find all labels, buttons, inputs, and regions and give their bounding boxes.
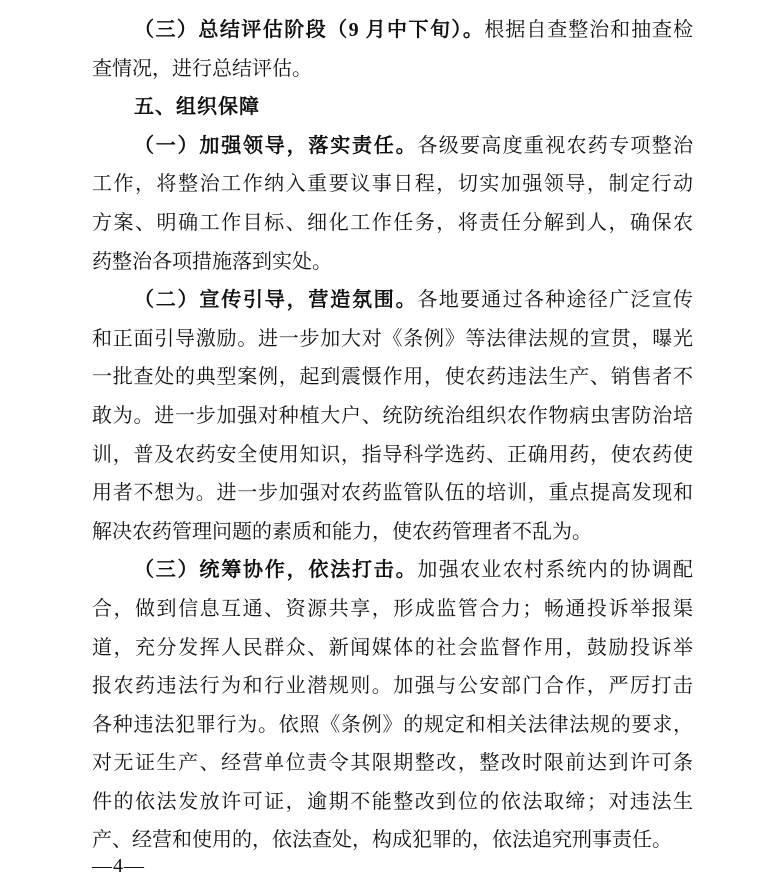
text-run: 药整治各项措施落到实处。 — [92, 251, 332, 273]
text-line: 报农药违法行为和行业潜规则。加强与公安部门合作，严厉打击 — [92, 667, 693, 706]
text-run: 对无证生产、经营单位责令其限期整改，整改时限前达到许可条 — [92, 752, 693, 774]
text-run: 合，做到信息互通、资源共享，形成监管合力；畅通投诉举报渠 — [92, 598, 693, 620]
text-line: 查情况，进行总结评估。 — [92, 50, 693, 89]
text-run: 解决农药管理问题的素质和能力，使农药管理者不乱为。 — [92, 521, 592, 543]
text-line: 敢为。进一步加强对种植大户、统防统治组织农作物病虫害防治培 — [92, 397, 693, 436]
text-line: 用者不想为。进一步加强对农药监管队伍的培训，重点提高发现和 — [92, 474, 693, 513]
text-run: 敢为。进一步加强对种植大户、统防统治组织农作物病虫害防治培 — [92, 405, 693, 427]
text-line: 药整治各项措施落到实处。 — [92, 243, 693, 282]
text-run: 各种违法犯罪行为。依照《条例》的规定和相关法律法规的要求， — [92, 714, 693, 736]
text-run: 件的依法发放许可证，逾期不能整改到位的依法取缔；对违法生 — [92, 791, 693, 813]
text-line: （三）统筹协作，依法打击。加强农业农村系统内的协调配 — [92, 551, 693, 590]
document-body: （三）总结评估阶段（9 月中下旬）。根据自查整治和抽查检查情况，进行总结评估。五… — [92, 11, 693, 860]
text-line: 解决农药管理问题的素质和能力，使农药管理者不乱为。 — [92, 513, 693, 552]
text-line: 方案、明确工作目标、细化工作任务，将责任分解到人，确保农 — [92, 204, 693, 243]
text-line: 和正面引导激励。进一步加大对《条例》等法律法规的宣贯，曝光 — [92, 320, 693, 359]
text-line: （二）宣传引导，营造氛围。各地要通过各种途径广泛宣传 — [92, 281, 693, 320]
text-run: 各级要高度重视农药专项整治 — [417, 135, 693, 157]
text-line: 工作，将整治工作纳入重要议事日程，切实加强领导，制定行动 — [92, 165, 693, 204]
text-run: 报农药违法行为和行业潜规则。加强与公安部门合作，严厉打击 — [92, 675, 693, 697]
heading-run: （三）总结评估阶段（9 月中下旬）。 — [134, 19, 484, 41]
text-run: 一批查处的典型案例，起到震慑作用，使农药违法生产、销售者不 — [92, 366, 693, 388]
page-number: —4— — [92, 855, 145, 878]
text-run: 各地要通过各种途径广泛宣传 — [417, 289, 693, 311]
text-line: 产、经营和使用的，依法查处，构成犯罪的，依法追究刑事责任。 — [92, 821, 693, 860]
text-run: 道，充分发挥人民群众、新闻媒体的社会监督作用，鼓励投诉举 — [92, 637, 693, 659]
text-line: 训，普及农药安全使用知识，指导科学选药、正确用药，使农药使 — [92, 436, 693, 475]
text-run: 用者不想为。进一步加强对农药监管队伍的培训，重点提高发现和 — [92, 482, 693, 504]
heading-run: （一）加强领导，落实责任。 — [134, 135, 417, 157]
text-line: 件的依法发放许可证，逾期不能整改到位的依法取缔；对违法生 — [92, 783, 693, 822]
heading-run: （三）统筹协作，依法打击。 — [134, 559, 417, 581]
text-run: 工作，将整治工作纳入重要议事日程，切实加强领导，制定行动 — [92, 173, 693, 195]
text-line: 合，做到信息互通、资源共享，形成监管合力；畅通投诉举报渠 — [92, 590, 693, 629]
text-line: 对无证生产、经营单位责令其限期整改，整改时限前达到许可条 — [92, 744, 693, 783]
text-run: 和正面引导激励。进一步加大对《条例》等法律法规的宣贯，曝光 — [92, 328, 693, 350]
text-run: 训，普及农药安全使用知识，指导科学选药、正确用药，使农药使 — [92, 444, 693, 466]
text-run: 查情况，进行总结评估。 — [92, 58, 312, 80]
heading-run: （二）宣传引导，营造氛围。 — [134, 289, 417, 311]
text-line: 道，充分发挥人民群众、新闻媒体的社会监督作用，鼓励投诉举 — [92, 629, 693, 668]
text-line: 五、组织保障 — [92, 88, 693, 127]
text-line: （一）加强领导，落实责任。各级要高度重视农药专项整治 — [92, 127, 693, 166]
text-line: （三）总结评估阶段（9 月中下旬）。根据自查整治和抽查检 — [92, 11, 693, 50]
text-line: 各种违法犯罪行为。依照《条例》的规定和相关法律法规的要求， — [92, 706, 693, 745]
text-run: 加强农业农村系统内的协调配 — [417, 559, 693, 581]
text-run: 根据自查整治和抽查检 — [484, 19, 693, 41]
text-line: 一批查处的典型案例，起到震慑作用，使农药违法生产、销售者不 — [92, 358, 693, 397]
text-run: 方案、明确工作目标、细化工作任务，将责任分解到人，确保农 — [92, 212, 693, 234]
document-page: （三）总结评估阶段（9 月中下旬）。根据自查整治和抽查检查情况，进行总结评估。五… — [0, 0, 783, 888]
heading-run: 五、组织保障 — [134, 96, 260, 118]
text-run: 产、经营和使用的，依法查处，构成犯罪的，依法追究刑事责任。 — [92, 829, 672, 851]
